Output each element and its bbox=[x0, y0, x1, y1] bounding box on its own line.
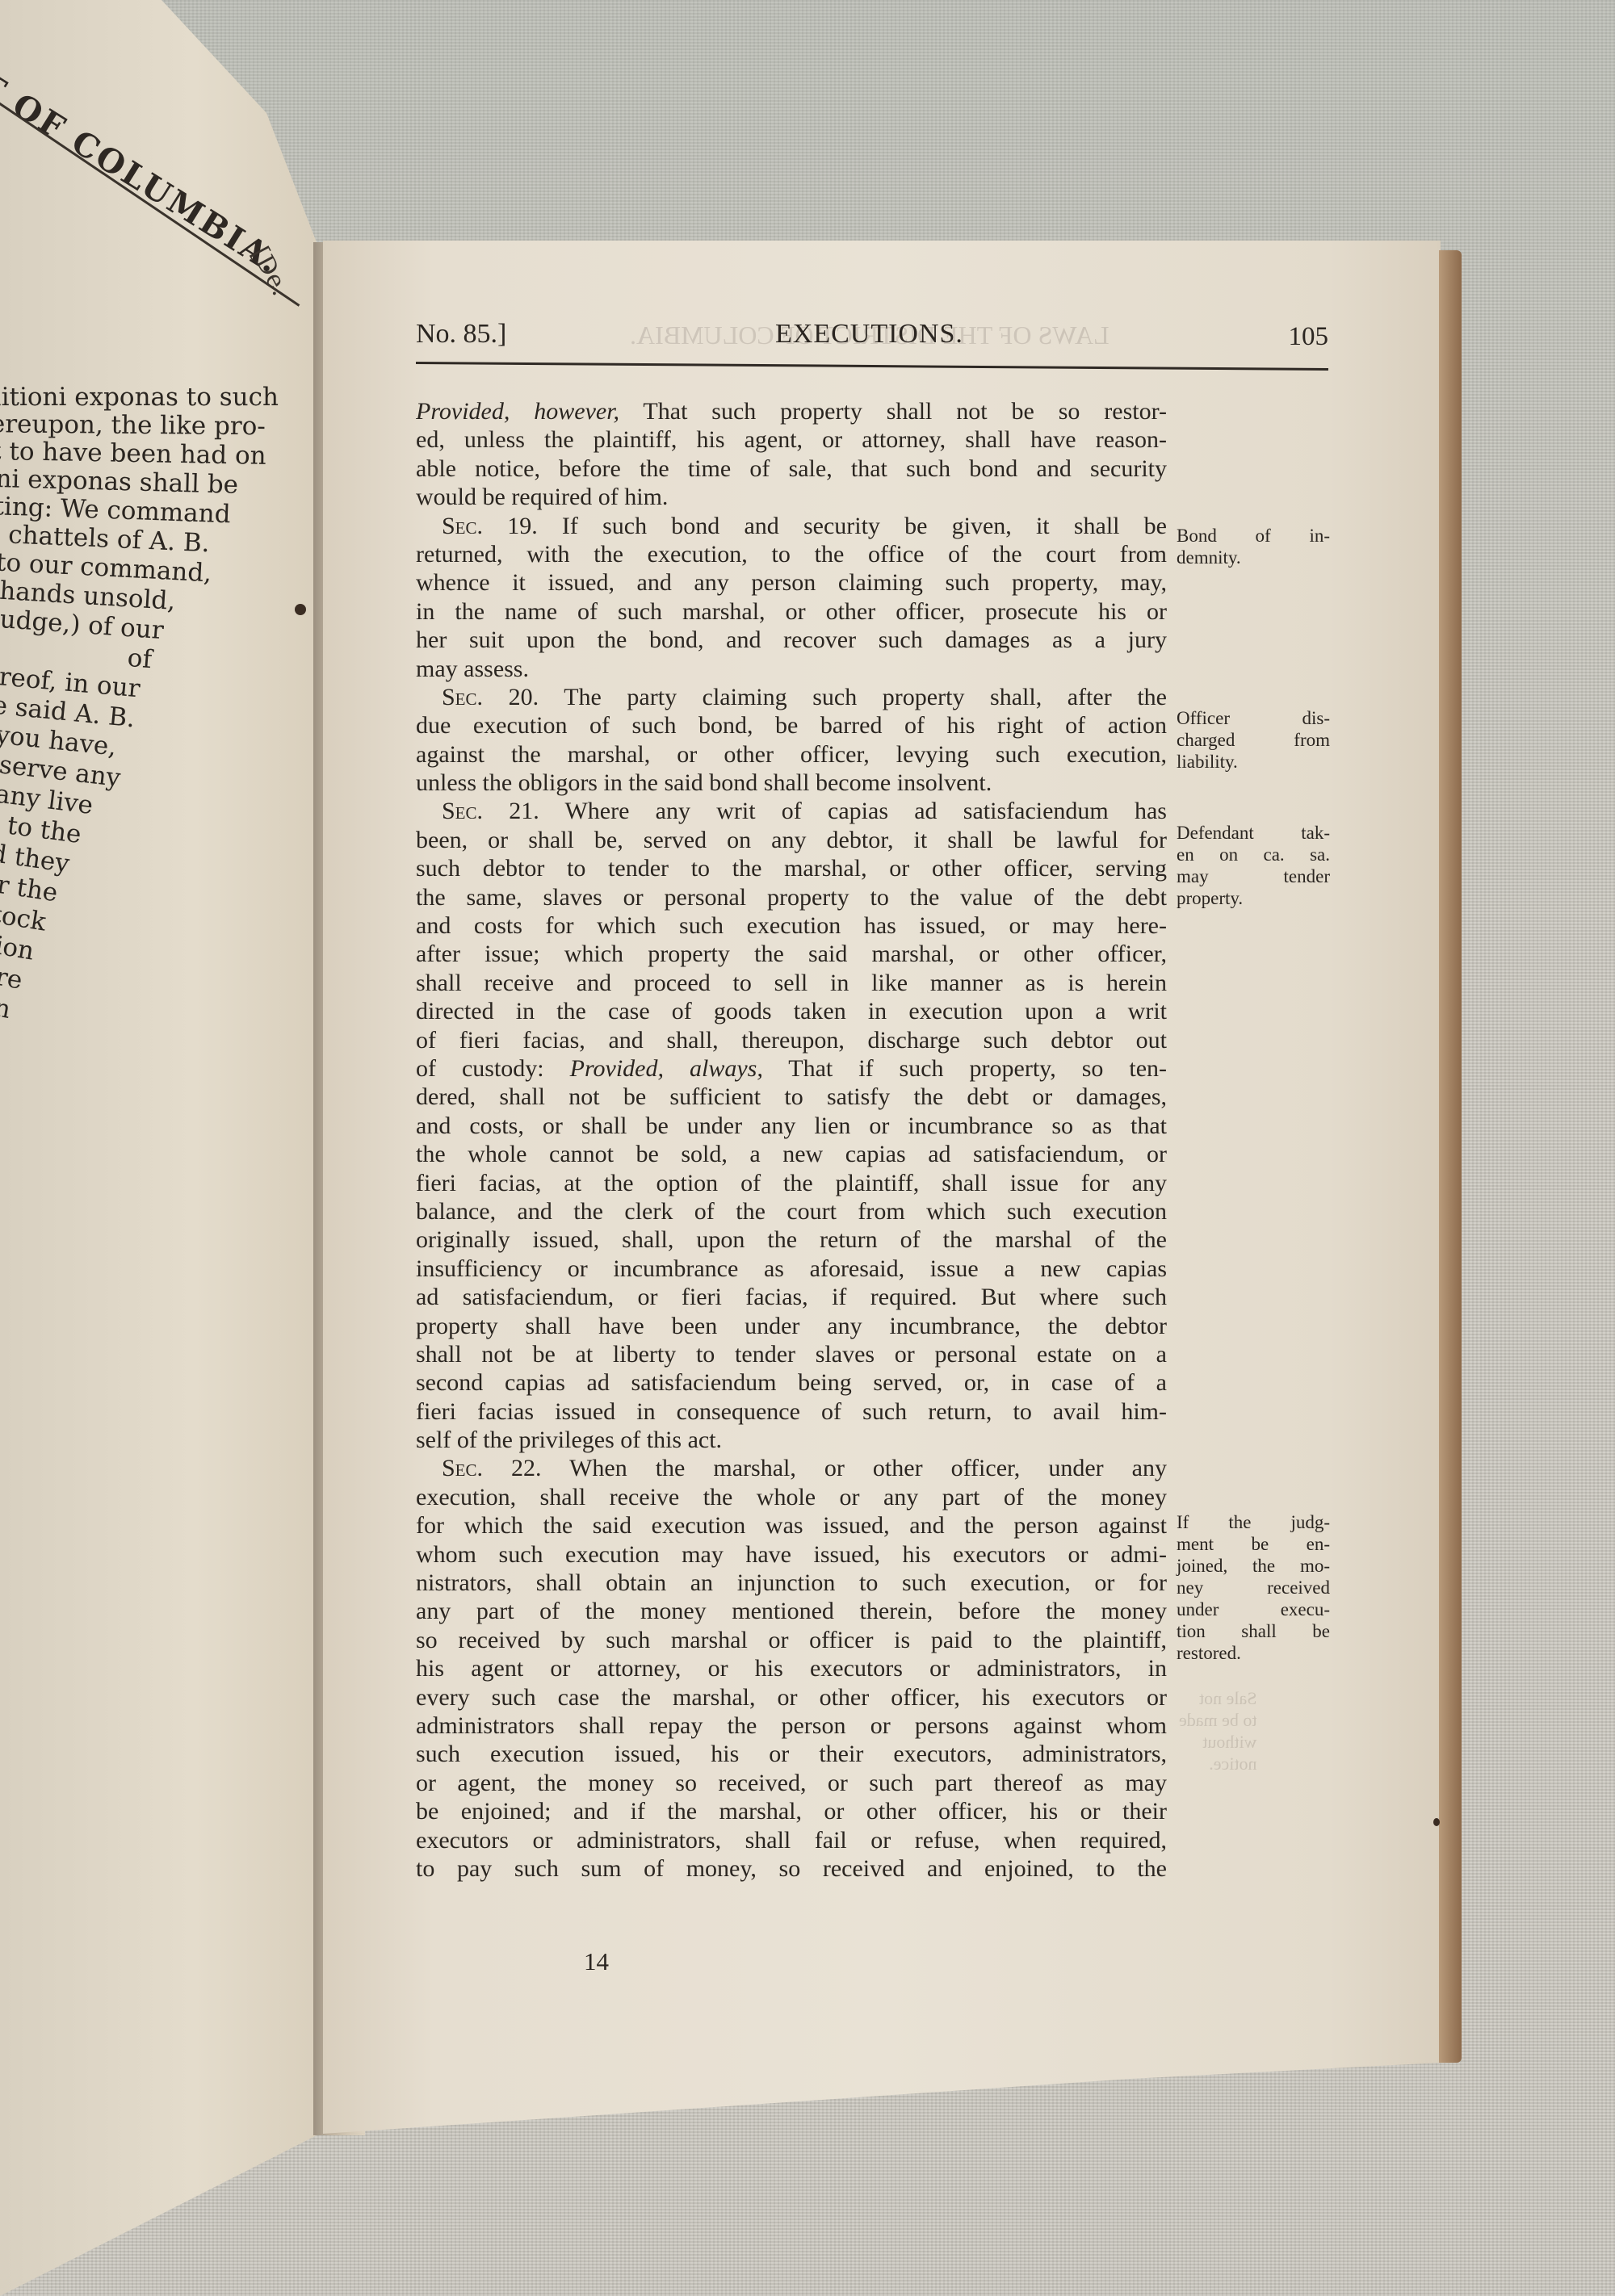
text-line: in the name of such marshal, or other of… bbox=[416, 597, 1167, 626]
text-line: the whole cannot be sold, a new capias a… bbox=[416, 1140, 1167, 1168]
text-line: self of the privileges of this act. bbox=[416, 1426, 1167, 1454]
text-line: dered, shall not be sufficient to satisf… bbox=[416, 1083, 1167, 1111]
text-line: execution, shall receive the whole or an… bbox=[416, 1483, 1167, 1511]
foxing-spot bbox=[295, 604, 306, 615]
text-line: his agent or attorney, or his executors … bbox=[416, 1654, 1167, 1682]
foxing-spot bbox=[1433, 1818, 1440, 1826]
text-line: insufficiency or incumbrance as aforesai… bbox=[416, 1255, 1167, 1283]
text-line: executors or administrators, shall fail … bbox=[416, 1826, 1167, 1854]
text-line: balance, and the clerk of the court from… bbox=[416, 1197, 1167, 1226]
text-line: whom such execution may have issued, his… bbox=[416, 1540, 1167, 1569]
text-line: shall receive and proceed to sell in lik… bbox=[416, 969, 1167, 997]
text-line: such execution issued, his or their exec… bbox=[416, 1740, 1167, 1768]
left-page-text: ue a venditioni exponas to suchected; wh… bbox=[0, 241, 264, 1871]
text-line: returned, with the execution, to the off… bbox=[416, 540, 1167, 568]
section-21-line: Sec. 21. Where any writ of capias ad sat… bbox=[416, 797, 1167, 825]
text-line: Provided, however, That such property sh… bbox=[416, 397, 1167, 425]
text-line: ed, unless the plaintiff, his agent, or … bbox=[416, 425, 1167, 454]
text-line: after issue; which property the said mar… bbox=[416, 940, 1167, 968]
text-line: may assess. bbox=[416, 655, 1167, 683]
section-label: Sec. 21. bbox=[442, 798, 539, 824]
text-line: fieri facias issued in consequence of su… bbox=[416, 1397, 1167, 1426]
sidenote-defendant-tender: Defendant tak- en on ca. sa. may tender … bbox=[1177, 822, 1330, 909]
text-line: originally issued, shall, upon the retur… bbox=[416, 1226, 1167, 1254]
text-line: and costs, or shall be under any lien or… bbox=[416, 1112, 1167, 1140]
text-line: due execution of such bond, be barred of… bbox=[416, 711, 1167, 739]
running-header: No. 85.] EXECUTIONS. 105 bbox=[416, 319, 1328, 359]
left-running-head: T OF COLUMBIA. bbox=[0, 65, 287, 282]
text-line: to pay such sum of money, so received an… bbox=[416, 1854, 1167, 1883]
text-line: whence it issued, and any person claimin… bbox=[416, 568, 1167, 597]
text-line: fieri facias, at the option of the plain… bbox=[416, 1169, 1167, 1197]
text-line: for which the said execution was issued,… bbox=[416, 1511, 1167, 1540]
section-label: Sec. 20. bbox=[442, 684, 539, 710]
section-label: Sec. 19. bbox=[442, 513, 538, 539]
text-line: would be required of him. bbox=[416, 483, 1167, 511]
text-line: administrators shall repay the person or… bbox=[416, 1712, 1167, 1740]
left-page: T OF COLUMBIA. [De. ue a venditioni expo… bbox=[0, 0, 323, 2296]
header-number: No. 85.] bbox=[416, 319, 506, 350]
text-line: and costs for which such execution has i… bbox=[416, 911, 1167, 940]
signature-mark: 14 bbox=[584, 1947, 609, 1976]
text-line: able notice, before the time of sale, th… bbox=[416, 455, 1167, 483]
text-line: shall not be at liberty to tender slaves… bbox=[416, 1340, 1167, 1368]
text-line: or agent, the money so received, or such… bbox=[416, 1769, 1167, 1797]
section-22-line: Sec. 22. When the marshal, or other offi… bbox=[416, 1454, 1167, 1482]
text-line: of custody: Provided, always, That if su… bbox=[416, 1054, 1167, 1083]
text-line: of fieri facias, and shall, thereupon, d… bbox=[416, 1026, 1167, 1054]
text-line: property shall have been under any incum… bbox=[416, 1312, 1167, 1340]
section-label: Sec. 22. bbox=[442, 1455, 542, 1481]
text-line: nistrators, shall obtain an injunction t… bbox=[416, 1569, 1167, 1597]
text-line: the same, slaves or personal property to… bbox=[416, 883, 1167, 911]
section-19-line: Sec. 19. If such bond and security be gi… bbox=[416, 512, 1167, 540]
sidenote-officer-discharged: Officer dis- charged from liability. bbox=[1177, 707, 1330, 773]
text-line: been, or shall be, served on any debtor,… bbox=[416, 826, 1167, 854]
page-fore-edge bbox=[1439, 250, 1462, 2063]
text-line: so received by such marshal or officer i… bbox=[416, 1626, 1167, 1654]
body-text: Provided, however, That such property sh… bbox=[416, 397, 1167, 1883]
text-line: her suit upon the bond, and recover such… bbox=[416, 626, 1167, 654]
text-line: unless the obligors in the said bond sha… bbox=[416, 769, 1167, 797]
text-line: any part of the money mentioned therein,… bbox=[416, 1597, 1167, 1625]
text-line: ad satisfaciendum, or fieri facias, if r… bbox=[416, 1283, 1167, 1311]
text-line: against the marshal, or other officer, l… bbox=[416, 740, 1167, 769]
sidenote-bond-of-indemnity: Bond of in- demnity. bbox=[1177, 525, 1330, 568]
header-title: EXECUTIONS. bbox=[775, 319, 963, 350]
section-20-line: Sec. 20. The party claiming such propert… bbox=[416, 683, 1167, 711]
text-line: second capias ad satisfaciendum being se… bbox=[416, 1368, 1167, 1397]
text-line: be enjoined; and if the marshal, or othe… bbox=[416, 1797, 1167, 1825]
text-line: such debtor to tender to the marshal, or… bbox=[416, 854, 1167, 882]
text-line: every such case the marshal, or other of… bbox=[416, 1683, 1167, 1712]
sidenote-judgment-enjoined: If the judg- ment be en- joined, the mo-… bbox=[1177, 1511, 1330, 1664]
text-line: directed in the case of goods taken in e… bbox=[416, 997, 1167, 1025]
show-through-sidenote: Sale notto be madewithoutnotice. bbox=[1179, 1687, 1257, 1774]
page-number: 105 bbox=[1289, 322, 1329, 352]
